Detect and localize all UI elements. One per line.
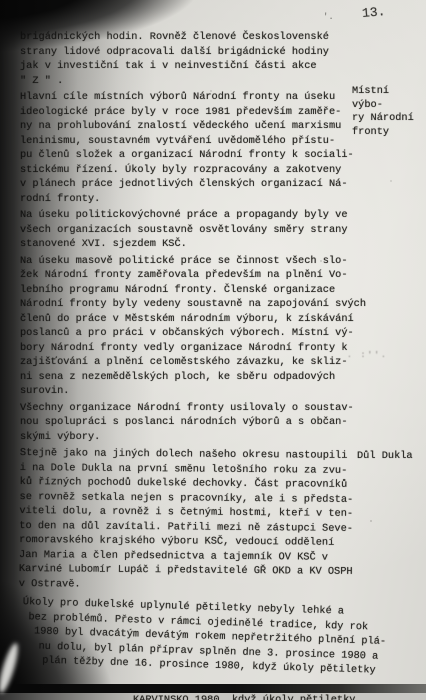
text-line: ny na prohlubování znalostí vědeckého uč… [20, 119, 400, 134]
page-number: 13. [361, 4, 386, 21]
text-line: rodní fronty. [20, 192, 400, 207]
text-line: žek Národní fronty zaměřovala především … [20, 268, 400, 283]
text-line: brigádnických hodin. Rovněž členové Česk… [20, 30, 400, 45]
text-line: pu členů složek a organizací Národní fro… [20, 148, 400, 163]
paragraph: Hlavní cíle místních výborů Národní fron… [20, 90, 400, 206]
text-line: Na úseku masově politické práce se činno… [20, 254, 400, 269]
margin-note-mistni-vybory: Místní výbo- ry Národní fronty [352, 85, 426, 139]
text-line: Všechny organizace Národní fronty usilov… [20, 401, 400, 416]
text-line: Národní fronty byly vedeny soustavně na … [20, 297, 400, 312]
paragraph: Na úseku masově politické práce se činno… [20, 254, 400, 399]
scan-edge-band [0, 684, 426, 693]
text-line: " Z " . [20, 74, 400, 89]
stray-ink-mark: '. [323, 12, 334, 22]
text-line: skými výbory. [20, 430, 400, 445]
paragraph: Všechny organizace Národní fronty usilov… [20, 401, 400, 445]
text-line: v plánech práce jednotlivých členských o… [20, 177, 400, 192]
text-line: členů do práce v Městském národním výbor… [20, 312, 400, 327]
paragraph: Úkoly pro dukelské uplynulé pětiletky ne… [19, 595, 401, 679]
text-line: ni sena z nezemědělských ploch, ke sběru… [20, 370, 400, 385]
cut-off-text-line: KARVINSKO 1980, když úkoly pětiletky [133, 694, 355, 700]
scanned-page: '. 13. brigádnických hodin. Rovněž členo… [0, 0, 426, 700]
text-line: surovin. [20, 384, 400, 399]
paragraph: Stejně jako na jiných dolech našeho okre… [19, 446, 400, 594]
text-line: lebního programu Národní fronty. Členské… [20, 283, 400, 298]
next-page-strip: KARVINSKO 1980, když úkoly pětiletky [0, 693, 426, 700]
text-line: všech organizacích soustavně osvětlovány… [20, 223, 400, 238]
text-line: ideologické práce byly v roce 1981 přede… [20, 105, 400, 120]
text-line: jak v investiční tak i v neinvestiční čá… [20, 59, 400, 74]
text-line: bory Národní fronty vedly organizace Nár… [20, 341, 400, 356]
text-line: strany lidové odpracovali další brigádni… [20, 45, 400, 60]
ink-smudge: . :''. [347, 351, 388, 360]
text-line: stickému řízení. Úkoly byly rozpracovány… [20, 163, 400, 178]
margin-note-dul-dukla: Důl Dukla [357, 450, 413, 464]
paragraph: Na úseku politickovýchovné práce a propa… [20, 208, 400, 252]
text-line: Hlavní cíle místních výborů Národní fron… [20, 90, 400, 105]
body-text: brigádnických hodin. Rovněž členové Česk… [20, 30, 400, 670]
text-line: leninismu, soustavném vytváření uvědoměl… [20, 134, 400, 149]
text-line: zajišťování a plnění celoměstského závaz… [20, 355, 400, 370]
text-line: stanovené XVI. sjezdem KSČ. [20, 237, 400, 252]
text-line: Na úseku politickovýchovné práce a propa… [20, 208, 400, 223]
paragraph: brigádnických hodin. Rovněž členové Česk… [20, 30, 400, 88]
scan-speckles [0, 0, 2, 2]
text-line: nou spolupráci s poslanci národních výbo… [20, 415, 400, 430]
text-line: poslanců a pro práci v občanských výbore… [20, 326, 400, 341]
